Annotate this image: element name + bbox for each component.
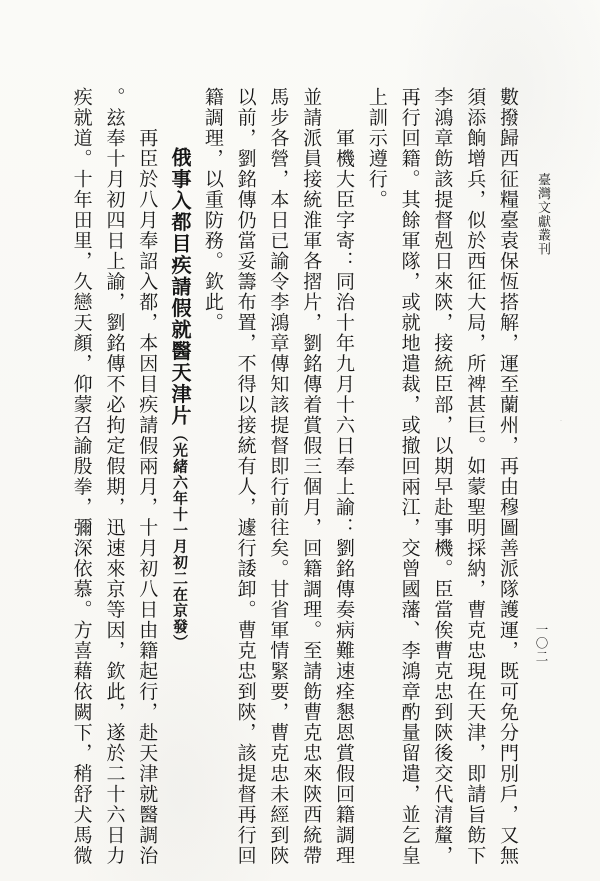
page-number: 一〇二 [532, 623, 550, 664]
scan-speck [560, 420, 562, 421]
scan-speck [285, 130, 287, 132]
paragraph-memorial-continuation: 數撥歸西征糧臺袁保恆搭解，運至蘭州，再由穆圖善派隊護運，既可免分門別戶，又無須添… [360, 87, 524, 868]
series-title: 臺灣文獻叢刊 [533, 173, 552, 256]
paragraph-petition-body: 再臣於八月奉詔入都，本因目疾請假兩月，十月初八日由籍起行，赴天津就醫調治。玆奉十… [65, 87, 163, 868]
paragraph-imperial-edict: 軍機大臣字寄：同治十年九月十六日奉上諭：劉銘傳奏病難速痊懇恩賞假回籍調理並請派員… [196, 87, 360, 868]
section-heading: 俄事入都目疾請假就醫天津片（光緒六年十一月初二在京發） [163, 87, 196, 868]
scan-speck [90, 848, 91, 850]
document-text-block: 數撥歸西征糧臺袁保恆搭解，運至蘭州，再由穆圖善派隊護運，既可免分門別戶，又無須添… [62, 87, 524, 868]
scanned-book-page: 臺灣文獻叢刊 一〇二 數撥歸西征糧臺袁保恆搭解，運至蘭州，再由穆圖善派隊護運，既… [0, 0, 600, 881]
section-heading-date-note: （光緒六年十一月初二在京發） [171, 427, 189, 651]
section-heading-title: 俄事入都目疾請假就醫天津片 [168, 147, 192, 427]
